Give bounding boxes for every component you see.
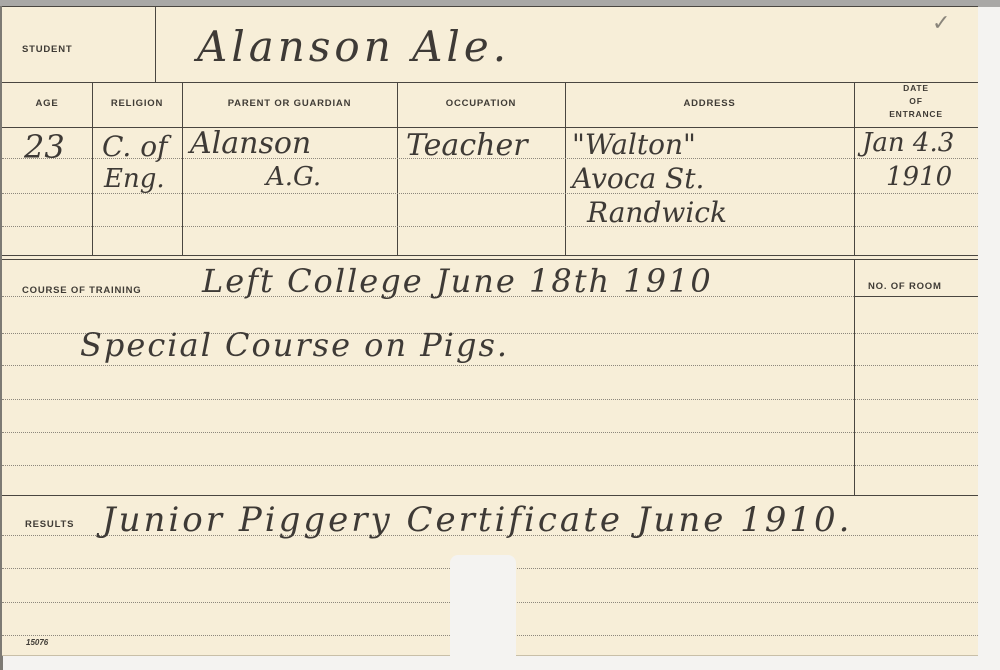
occupation-value: Teacher: [406, 128, 528, 163]
student-label: STUDENT: [22, 44, 72, 55]
room-divider: [854, 259, 855, 495]
course-line2: Special Course on Pigs.: [80, 326, 509, 364]
student-name: Alanson Ale.: [197, 22, 510, 71]
date-header-line1: DATE: [854, 83, 978, 93]
address-header: ADDRESS: [565, 98, 854, 109]
dotted-rule: [2, 465, 978, 466]
check-mark-icon: ✓: [932, 10, 950, 36]
religion-header: RELIGION: [92, 98, 182, 109]
address-value-line3: Randwick: [587, 196, 727, 229]
course-label: COURSE OF TRAINING: [22, 285, 141, 296]
student-divider: [155, 6, 156, 82]
religion-value-line1: C. of: [102, 130, 167, 163]
dotted-rule: [2, 399, 978, 400]
religion-value-line2: Eng.: [104, 164, 165, 194]
course-line1: Left College June 18th 1910: [202, 262, 713, 300]
card-index-notch: [450, 555, 516, 670]
entrance-date-line1: Jan 4.3: [862, 128, 954, 158]
course-top-rule: [2, 255, 978, 256]
occupation-header: OCCUPATION: [397, 98, 565, 109]
entrance-date-line2: 1910: [886, 162, 952, 192]
parent-header: PARENT OR GUARDIAN: [182, 98, 397, 109]
room-label: No. OF ROOM: [868, 281, 942, 292]
date-header-line2: OF: [854, 96, 978, 106]
dotted-rule: [2, 432, 978, 433]
dotted-rule: [2, 226, 978, 227]
parent-value-line1: Alanson: [190, 126, 311, 161]
header-top-rule: [2, 82, 978, 83]
card-serial-number: 15076: [26, 638, 48, 647]
results-label: RESULTS: [25, 519, 74, 530]
course-top-rule-double: [2, 259, 978, 260]
address-value-line1: "Walton": [572, 128, 696, 161]
address-value-line2: Avoca St.: [572, 162, 704, 195]
card-top-rule: [2, 6, 978, 7]
age-header: AGE: [2, 98, 92, 109]
dotted-rule: [2, 365, 978, 366]
results-value: Junior Piggery Certificate June 1910.: [102, 500, 852, 540]
age-value: 23: [24, 128, 65, 166]
parent-value-line2: A.G.: [266, 162, 321, 192]
room-header-rule: [854, 296, 978, 297]
date-header-line3: ENTRANCE: [854, 109, 978, 119]
results-top-rule: [2, 495, 978, 496]
